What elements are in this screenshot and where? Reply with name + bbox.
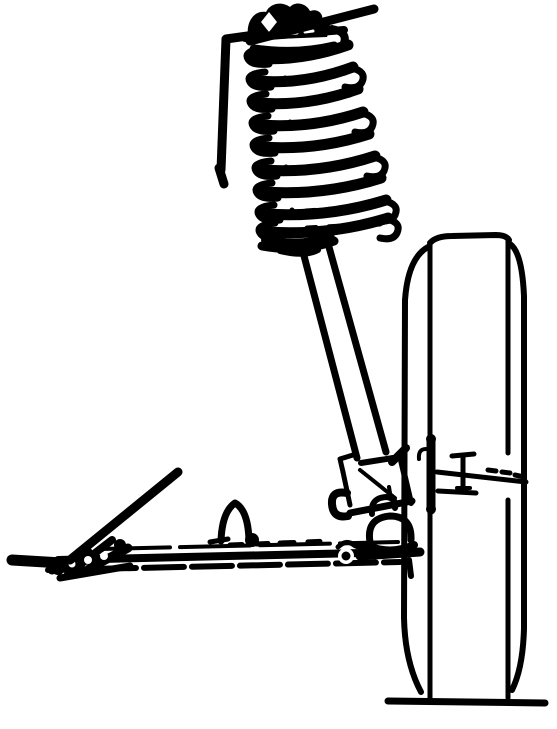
strut-shaft [303, 247, 386, 458]
spring-coil [263, 156, 375, 171]
hub-i-mark [452, 454, 474, 488]
lower-control-arm [12, 472, 402, 578]
coil-spring [247, 45, 398, 254]
knuckle-left-step [340, 455, 353, 472]
knuckle-left-edge [343, 472, 350, 505]
spring-coil [264, 178, 381, 193]
tire-outer-left [404, 247, 428, 692]
ground-line [388, 701, 545, 703]
arm-end-dot [342, 552, 351, 561]
strut-shaft-left-edge [303, 252, 357, 458]
suspension-illustration [0, 0, 557, 729]
tire-outer-right [510, 244, 524, 690]
steering-arm-bracket [332, 492, 348, 516]
arm-rivet [278, 541, 283, 546]
axle-bottom-line [438, 491, 476, 493]
suspension-drawing [0, 0, 557, 729]
spring-coil [266, 200, 386, 215]
arm-rivet [290, 541, 295, 546]
bump-stop [210, 503, 259, 547]
ball-joint-drip [409, 560, 411, 576]
tire-top-cap [430, 235, 509, 243]
spring-seat [262, 238, 334, 254]
bracket-foot [219, 168, 224, 184]
backing-plate-lip [419, 449, 426, 459]
strut-shaft-right-edge [329, 247, 386, 452]
axle-top-line [437, 472, 526, 482]
tie-rod-tick [389, 487, 391, 499]
